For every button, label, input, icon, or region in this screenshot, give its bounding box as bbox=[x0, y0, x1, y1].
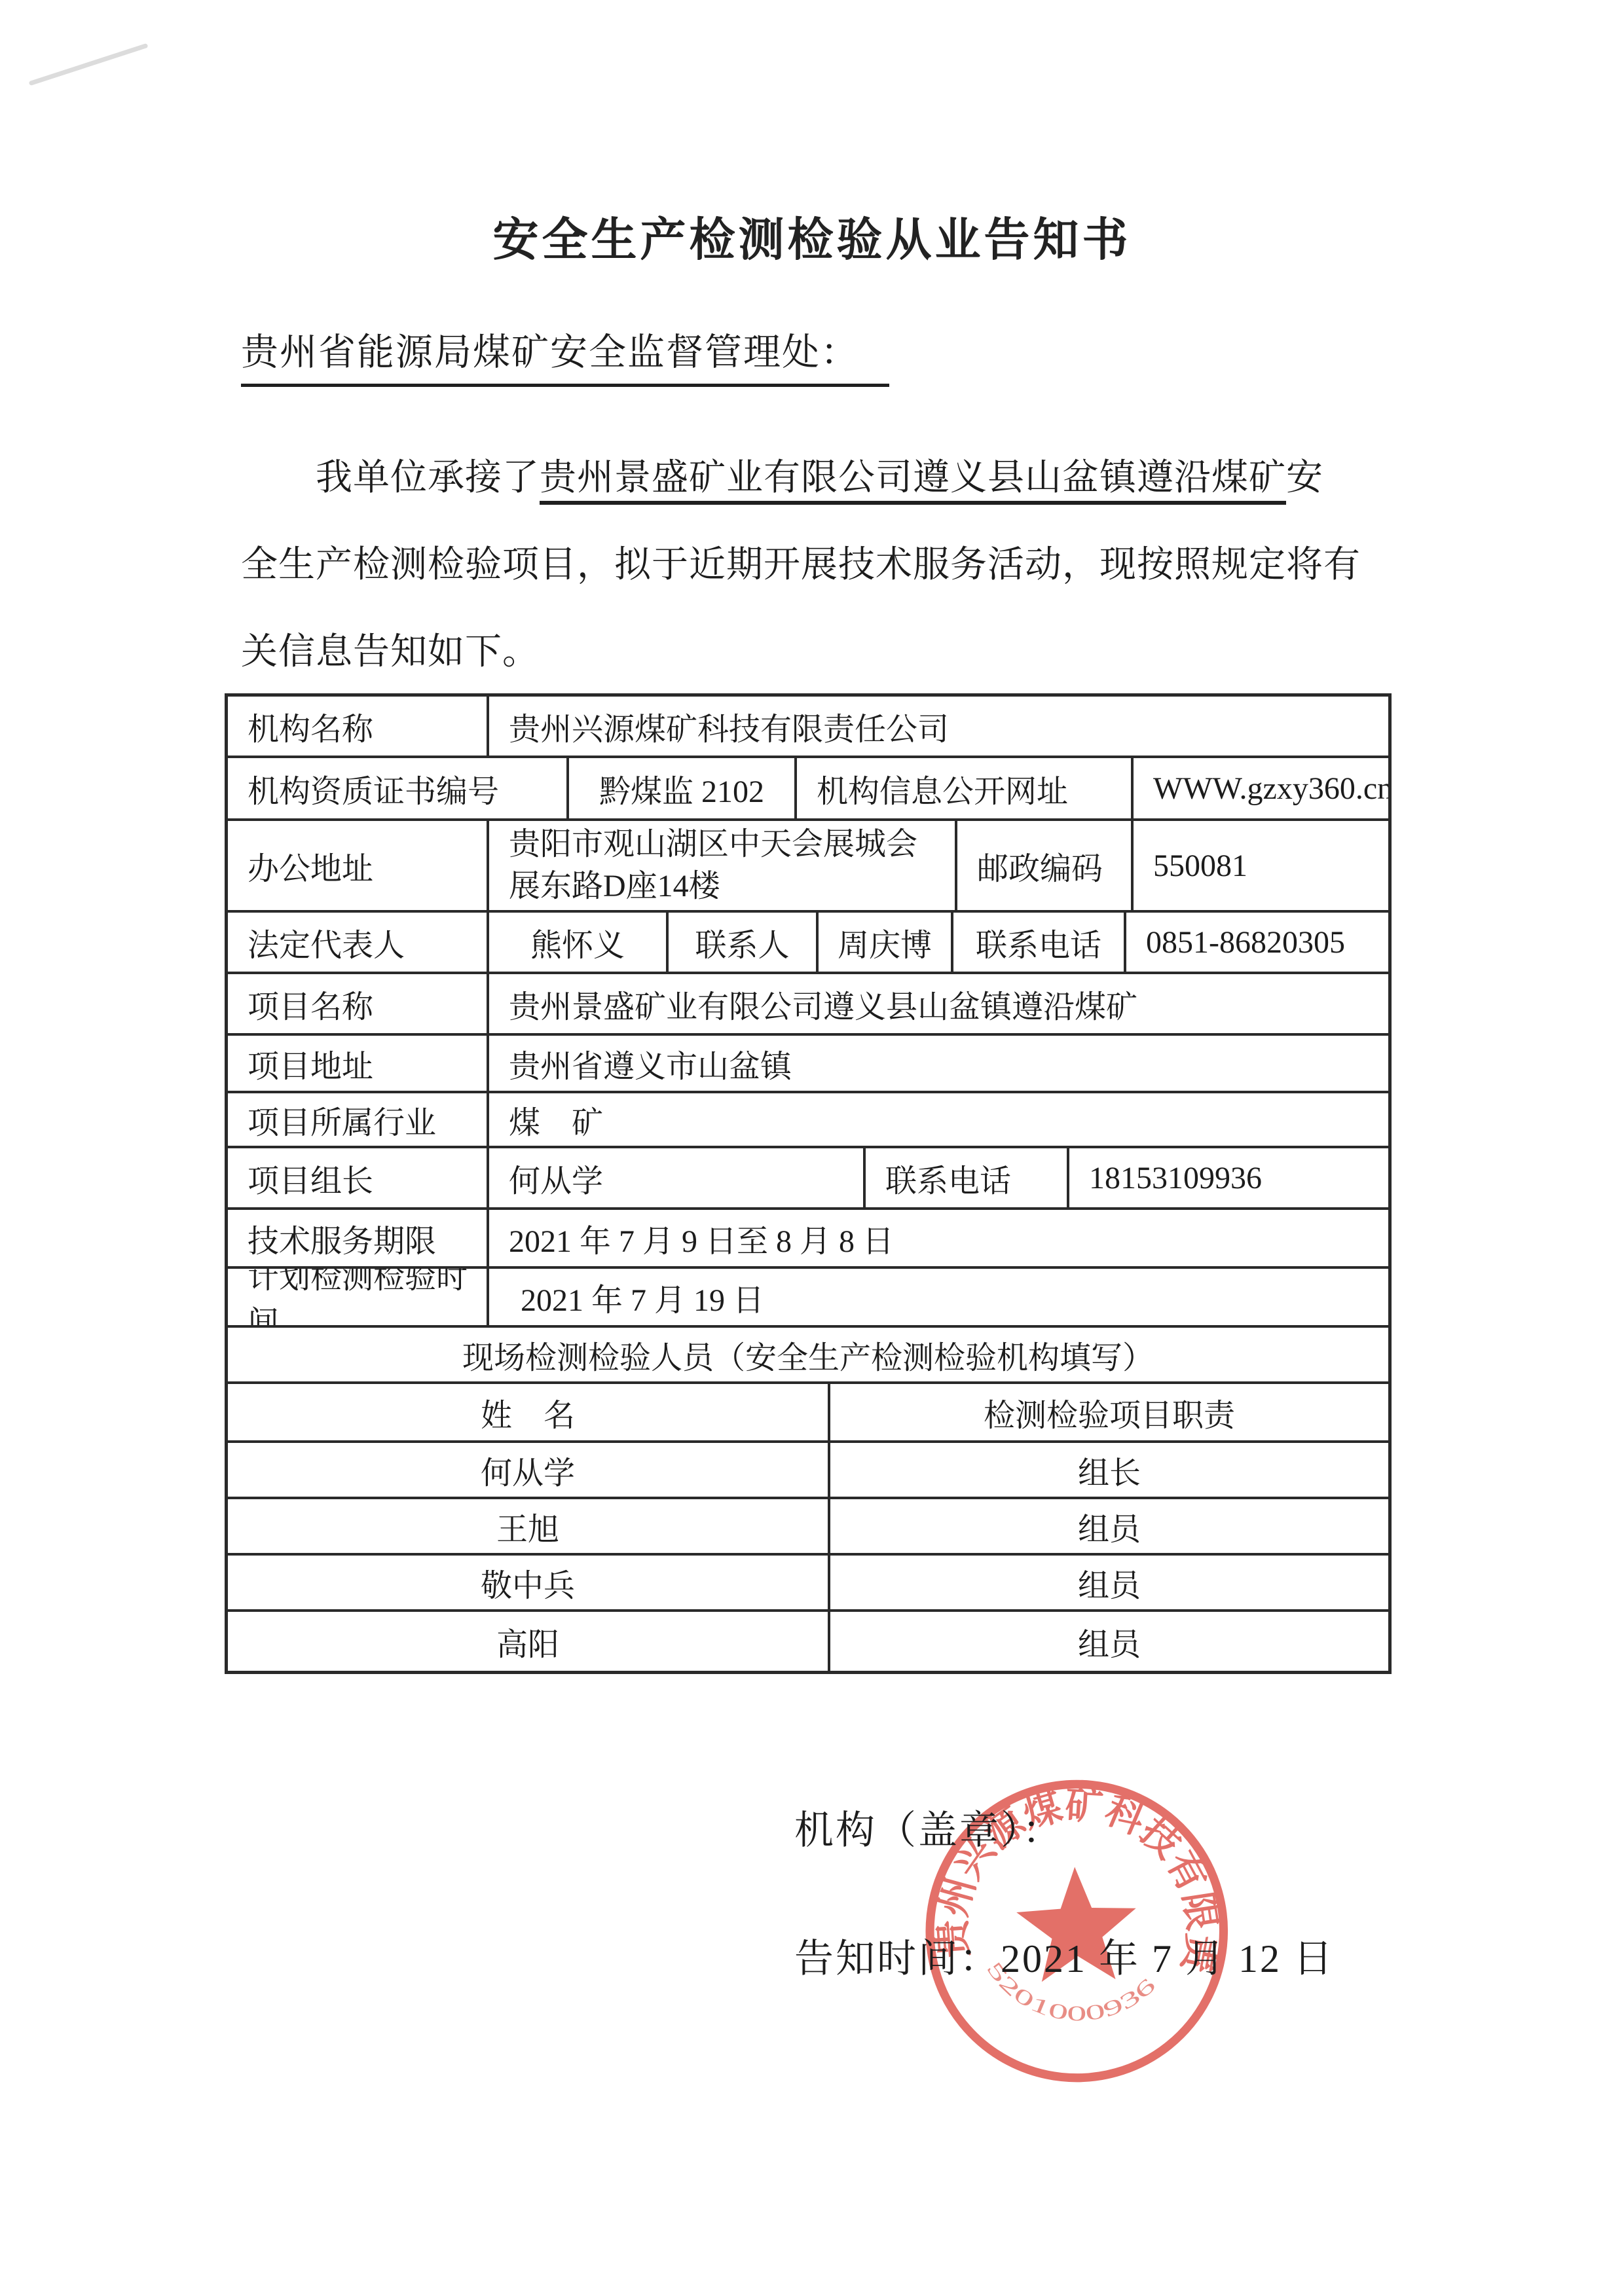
postcode-label: 邮政编码 bbox=[957, 821, 1134, 910]
service-period-value: 2021 年 7 月 9 日至 8 月 8 日 bbox=[489, 1210, 1388, 1266]
personnel-name: 高阳 bbox=[228, 1612, 830, 1671]
table-row: 技术服务期限 2021 年 7 月 9 日至 8 月 8 日 bbox=[228, 1210, 1388, 1269]
personnel-row: 高阳 组员 bbox=[228, 1612, 1388, 1671]
table-row: 项目名称 贵州景盛矿业有限公司遵义县山盆镇遵沿煤矿 bbox=[228, 974, 1388, 1036]
website-label: 机构信息公开网址 bbox=[797, 758, 1134, 818]
paragraph-line-2: 全生产检测检验项目，拟于近期开展技术服务活动，现按照规定将有 bbox=[241, 522, 1388, 609]
table-row: 计划检测检验时间 2021 年 7 月 19 日 bbox=[228, 1269, 1388, 1328]
personnel-row: 何从学 组长 bbox=[228, 1443, 1388, 1499]
paragraph-line1-pre: 我单位承接了 bbox=[316, 458, 540, 498]
office-address-label: 办公地址 bbox=[228, 821, 489, 910]
project-address-value: 贵州省遵义市山盆镇 bbox=[489, 1036, 1388, 1091]
table-row: 现场检测检验人员（安全生产检测检验机构填写） bbox=[228, 1328, 1388, 1384]
legal-rep-value: 熊怀义 bbox=[489, 913, 669, 972]
table-row: 项目地址 贵州省遵义市山盆镇 bbox=[228, 1036, 1388, 1093]
table-row: 法定代表人 熊怀义 联系人 周庆博 联系电话 0851-86820305 bbox=[228, 913, 1388, 974]
addressee-line: 贵州省能源局煤矿安全监督管理处： bbox=[241, 322, 889, 387]
cert-number-value: 黔煤监 2102 bbox=[569, 758, 797, 818]
scan-artifact bbox=[29, 43, 149, 86]
personnel-section-header: 现场检测检验人员（安全生产检测检验机构填写） bbox=[228, 1328, 1388, 1381]
project-name-label: 项目名称 bbox=[228, 974, 489, 1033]
table-row: 办公地址 贵阳市观山湖区中天会展城会展东路D座14楼 邮政编码 550081 bbox=[228, 821, 1388, 913]
postcode-value: 550081 bbox=[1134, 821, 1388, 910]
team-leader-value: 何从学 bbox=[489, 1148, 866, 1207]
personnel-duty: 组员 bbox=[830, 1556, 1388, 1609]
cert-number-label: 机构资质证书编号 bbox=[228, 758, 569, 818]
contact-value: 周庆博 bbox=[819, 913, 953, 972]
addressee-text: 贵州省能源局煤矿安全监督管理处： bbox=[241, 322, 889, 387]
personnel-duty: 组员 bbox=[830, 1612, 1388, 1671]
project-company-underlined: 贵州景盛矿业有限公司遵义县山盆镇遵沿煤矿 bbox=[540, 458, 1286, 505]
table-row: 姓 名 检测检验项目职责 bbox=[228, 1384, 1388, 1443]
personnel-row: 敬中兵 组员 bbox=[228, 1556, 1388, 1612]
phone-label: 联系电话 bbox=[953, 913, 1126, 972]
personnel-name: 敬中兵 bbox=[228, 1556, 830, 1609]
seal-field-label: 机构（盖章）： bbox=[794, 1799, 1063, 1855]
org-name-value: 贵州兴源煤矿科技有限责任公司 bbox=[489, 697, 1388, 756]
paragraph-line-1: 我单位承接了贵州景盛矿业有限公司遵义县山盆镇遵沿煤矿安 bbox=[241, 435, 1388, 522]
website-value: WWW.gzxy360.cn bbox=[1134, 758, 1388, 818]
leader-phone-value: 18153109936 bbox=[1069, 1148, 1388, 1207]
personnel-name: 王旭 bbox=[228, 1499, 830, 1553]
legal-rep-label: 法定代表人 bbox=[228, 913, 489, 972]
org-name-label: 机构名称 bbox=[228, 697, 489, 756]
project-address-label: 项目地址 bbox=[228, 1036, 489, 1091]
info-table: 机构名称 贵州兴源煤矿科技有限责任公司 机构资质证书编号 黔煤监 2102 机构… bbox=[225, 693, 1392, 1674]
paragraph-line-3: 关信息告知如下。 bbox=[241, 609, 1388, 696]
personnel-row: 王旭 组员 bbox=[228, 1499, 1388, 1556]
industry-label: 项目所属行业 bbox=[228, 1093, 489, 1146]
body-paragraph: 我单位承接了贵州景盛矿业有限公司遵义县山盆镇遵沿煤矿安 全生产检测检验项目，拟于… bbox=[241, 435, 1388, 696]
personnel-duty: 组长 bbox=[830, 1443, 1388, 1497]
planned-time-label: 计划检测检验时间 bbox=[228, 1269, 489, 1325]
contact-label: 联系人 bbox=[669, 913, 819, 972]
industry-value: 煤 矿 bbox=[489, 1093, 1388, 1146]
office-address-text: 贵阳市观山湖区中天会展城会展东路D座14楼 bbox=[509, 824, 917, 907]
page-title: 安全生产检测检验从业告知书 bbox=[0, 203, 1624, 269]
name-column-header: 姓 名 bbox=[228, 1384, 830, 1440]
service-period-label: 技术服务期限 bbox=[228, 1210, 489, 1266]
table-row: 项目组长 何从学 联系电话 18153109936 bbox=[228, 1148, 1388, 1210]
personnel-duty: 组员 bbox=[830, 1499, 1388, 1553]
table-row: 项目所属行业 煤 矿 bbox=[228, 1093, 1388, 1148]
planned-time-value: 2021 年 7 月 19 日 bbox=[489, 1269, 1388, 1325]
leader-phone-label: 联系电话 bbox=[866, 1148, 1069, 1207]
office-address-value: 贵阳市观山湖区中天会展城会展东路D座14楼 bbox=[489, 821, 957, 910]
paragraph-line1-post: 安 bbox=[1286, 458, 1323, 498]
document-page: 安全生产检测检验从业告知书 贵州省能源局煤矿安全监督管理处： 我单位承接了贵州景… bbox=[0, 0, 1624, 2296]
phone-value: 0851-86820305 bbox=[1126, 913, 1388, 972]
personnel-name: 何从学 bbox=[228, 1443, 830, 1497]
notice-time-label: 告知时间： bbox=[794, 1937, 1001, 1980]
table-row: 机构资质证书编号 黔煤监 2102 机构信息公开网址 WWW.gzxy360.c… bbox=[228, 758, 1388, 821]
project-name-value: 贵州景盛矿业有限公司遵义县山盆镇遵沿煤矿 bbox=[489, 974, 1388, 1033]
notice-time-value: 2021 年 7 月 12 日 bbox=[1001, 1937, 1335, 1980]
notice-time-line: 告知时间：2021 年 7 月 12 日 bbox=[794, 1927, 1335, 1984]
duty-column-header: 检测检验项目职责 bbox=[830, 1384, 1388, 1440]
table-row: 机构名称 贵州兴源煤矿科技有限责任公司 bbox=[228, 697, 1388, 758]
team-leader-label: 项目组长 bbox=[228, 1148, 489, 1207]
